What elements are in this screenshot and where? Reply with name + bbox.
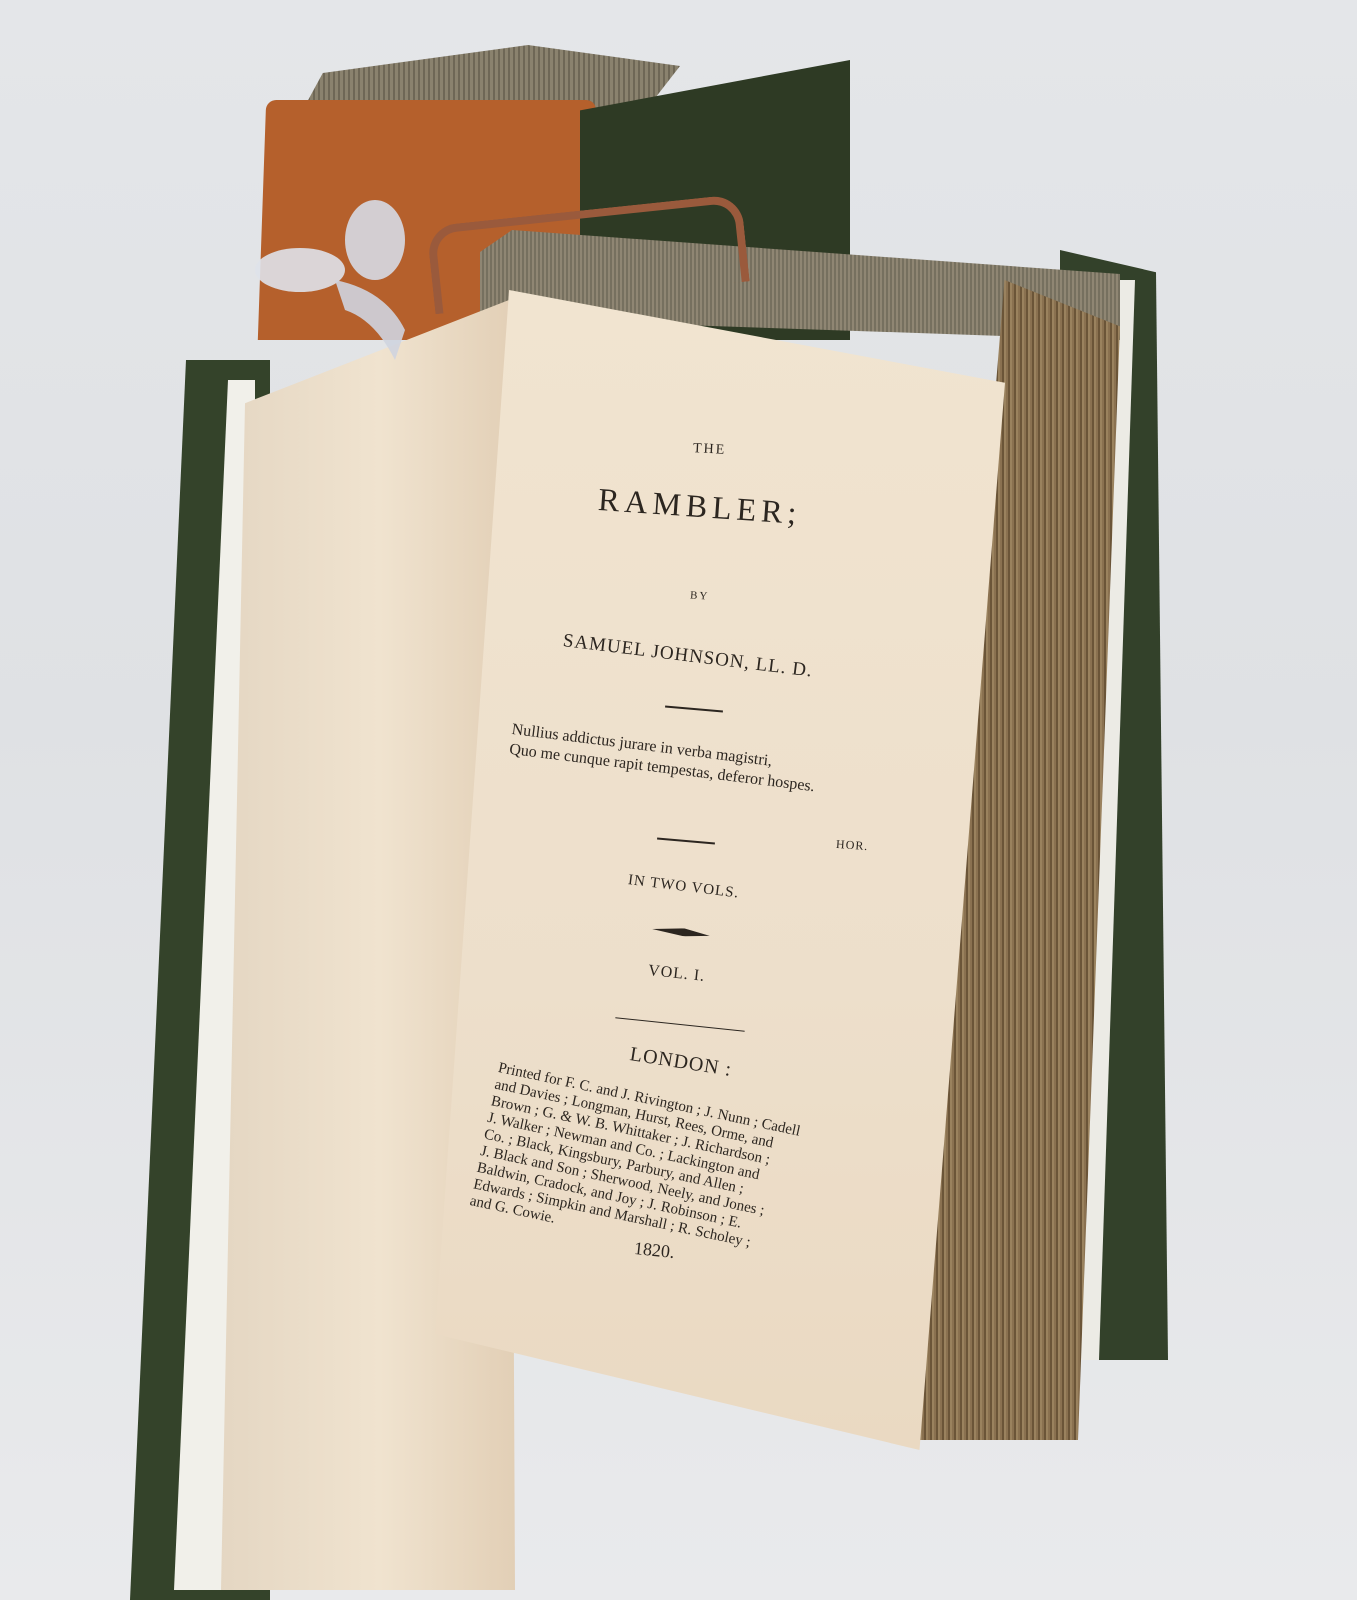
motto-attribution: HOR.: [836, 837, 869, 854]
page-clip-icon: [255, 200, 435, 370]
title-the: THE: [693, 441, 727, 459]
publication-year: 1820.: [633, 1238, 675, 1263]
title-page: [435, 290, 1005, 1450]
byline-label: BY: [690, 589, 710, 602]
